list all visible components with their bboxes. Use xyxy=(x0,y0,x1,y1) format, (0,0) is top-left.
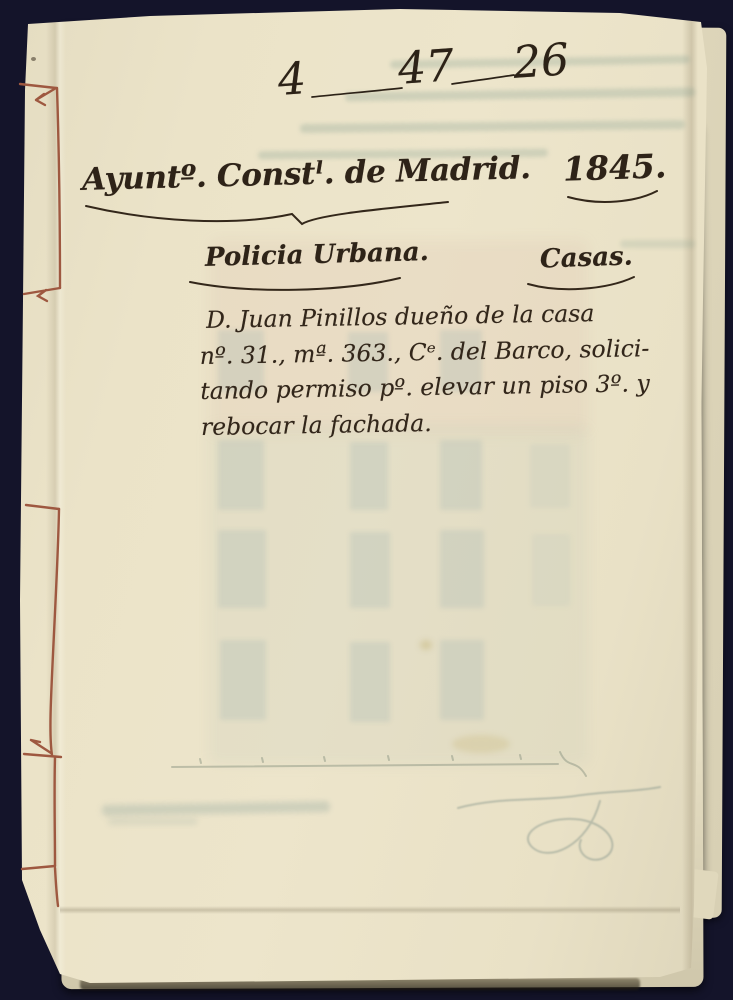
bleedthrough-window xyxy=(440,530,484,608)
paper-stain xyxy=(420,640,432,650)
folio-number-1: 4 xyxy=(276,53,307,106)
petition-line-4: rebocar la fachada. xyxy=(201,401,662,445)
bleedthrough-window xyxy=(350,442,388,510)
bleedthrough-window xyxy=(218,530,266,608)
bleedthrough-window xyxy=(218,440,264,510)
bleedthrough-window xyxy=(440,640,484,720)
header-year: 1845. xyxy=(562,146,667,189)
bleedthrough-text-line xyxy=(300,120,685,133)
bleedthrough-window xyxy=(532,534,570,606)
bleedthrough-text-line xyxy=(345,88,695,102)
bleedthrough-window xyxy=(220,640,266,720)
petition-summary: D. Juan Pinillos dueño de la casa nº. 31… xyxy=(199,295,661,445)
bleedthrough-date-note xyxy=(102,801,330,816)
bottom-horizontal-crease xyxy=(60,906,680,914)
bleedthrough-date-note xyxy=(108,818,198,825)
section-category: Casas. xyxy=(540,241,634,274)
bleedthrough-window xyxy=(350,532,390,608)
section-title: Policia Urbana. xyxy=(205,237,429,273)
left-fold-crease xyxy=(46,0,66,1000)
bleedthrough-window xyxy=(530,444,570,508)
header-office-title: Ayuntº. Constˡ. de Madrid. xyxy=(82,150,531,198)
ink-speck xyxy=(31,57,36,61)
folio-number-2: 47 xyxy=(396,40,455,95)
paper-stain xyxy=(452,735,510,753)
bleedthrough-window xyxy=(440,440,482,510)
archival-photo-stage: 4 47 26 Ayuntº. Constˡ. de Madrid. 1845.… xyxy=(0,0,733,1000)
bleedthrough-window xyxy=(350,642,390,722)
folio-number-3: 26 xyxy=(511,34,570,89)
manuscript-cover-page: 4 47 26 Ayuntº. Constˡ. de Madrid. 1845.… xyxy=(0,0,733,1000)
